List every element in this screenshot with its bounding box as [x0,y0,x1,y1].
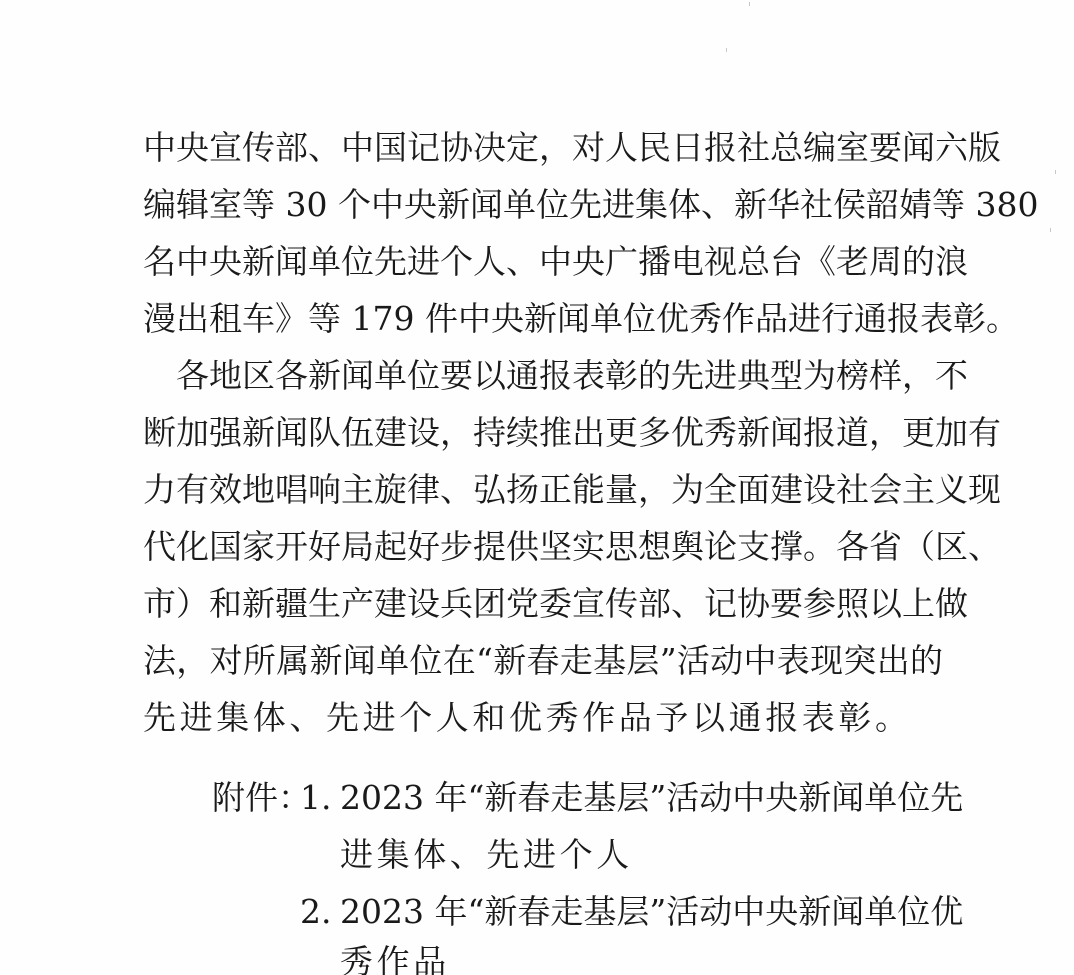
paragraph-1-line-2: 编辑室等 30 个中央新闻单位先进集体、新华社侯韶婧等 380 [143,185,943,225]
paragraph-2-line-1: 各地区各新闻单位要以通报表彰的先进典型为榜样，不 [143,356,943,396]
paragraph-1-line-1: 中央宣传部、中国记协决定，对人民日报社总编室要闻六版 [143,128,943,168]
attachment-2-title-line-1: 2023 年“新春走基层”活动中央新闻单位优 [340,892,943,932]
paragraph-2-line-7: 先进集体、先进个人和优秀作品予以通报表彰。 [143,698,943,738]
paragraph-2-line-2: 断加强新闻队伍建设，持续推出更多优秀新闻报道，更加有 [143,413,943,453]
attachment-1-number: 1. [300,778,332,818]
document-page: 中央宣传部、中国记协决定，对人民日报社总编室要闻六版 编辑室等 30 个中央新闻… [0,0,1074,975]
paragraph-1-line-4: 漫出租车》等 179 件中央新闻单位优秀作品进行通报表彰。 [143,299,943,339]
scan-speck [1055,170,1056,174]
attachment-1-title-line-2: 进集体、先进个人 [340,835,633,875]
paragraph-2-line-5: 市）和新疆生产建设兵团党委宣传部、记协要参照以上做 [143,584,943,624]
attachments-label: 附件： [212,778,311,818]
scan-speck [1050,228,1051,232]
scan-speck [749,2,750,6]
paragraph-2-line-3: 力有效地唱响主旋律、弘扬正能量，为全面建设社会主义现 [143,470,943,510]
paragraph-2-line-6: 法，对所属新闻单位在“新春走基层”活动中表现突出的 [143,641,943,681]
attachment-2-number: 2. [300,892,332,932]
attachment-1-title-line-1: 2023 年“新春走基层”活动中央新闻单位先 [340,778,943,818]
scan-speck [726,48,727,52]
paragraph-1-line-3: 名中央新闻单位先进个人、中央广播电视总台《老周的浪 [143,242,943,282]
paragraph-2-line-4: 代化国家开好局起好步提供坚实思想舆论支撑。各省（区、 [143,527,943,567]
attachment-2-title-line-2: 秀作品 [340,942,450,975]
